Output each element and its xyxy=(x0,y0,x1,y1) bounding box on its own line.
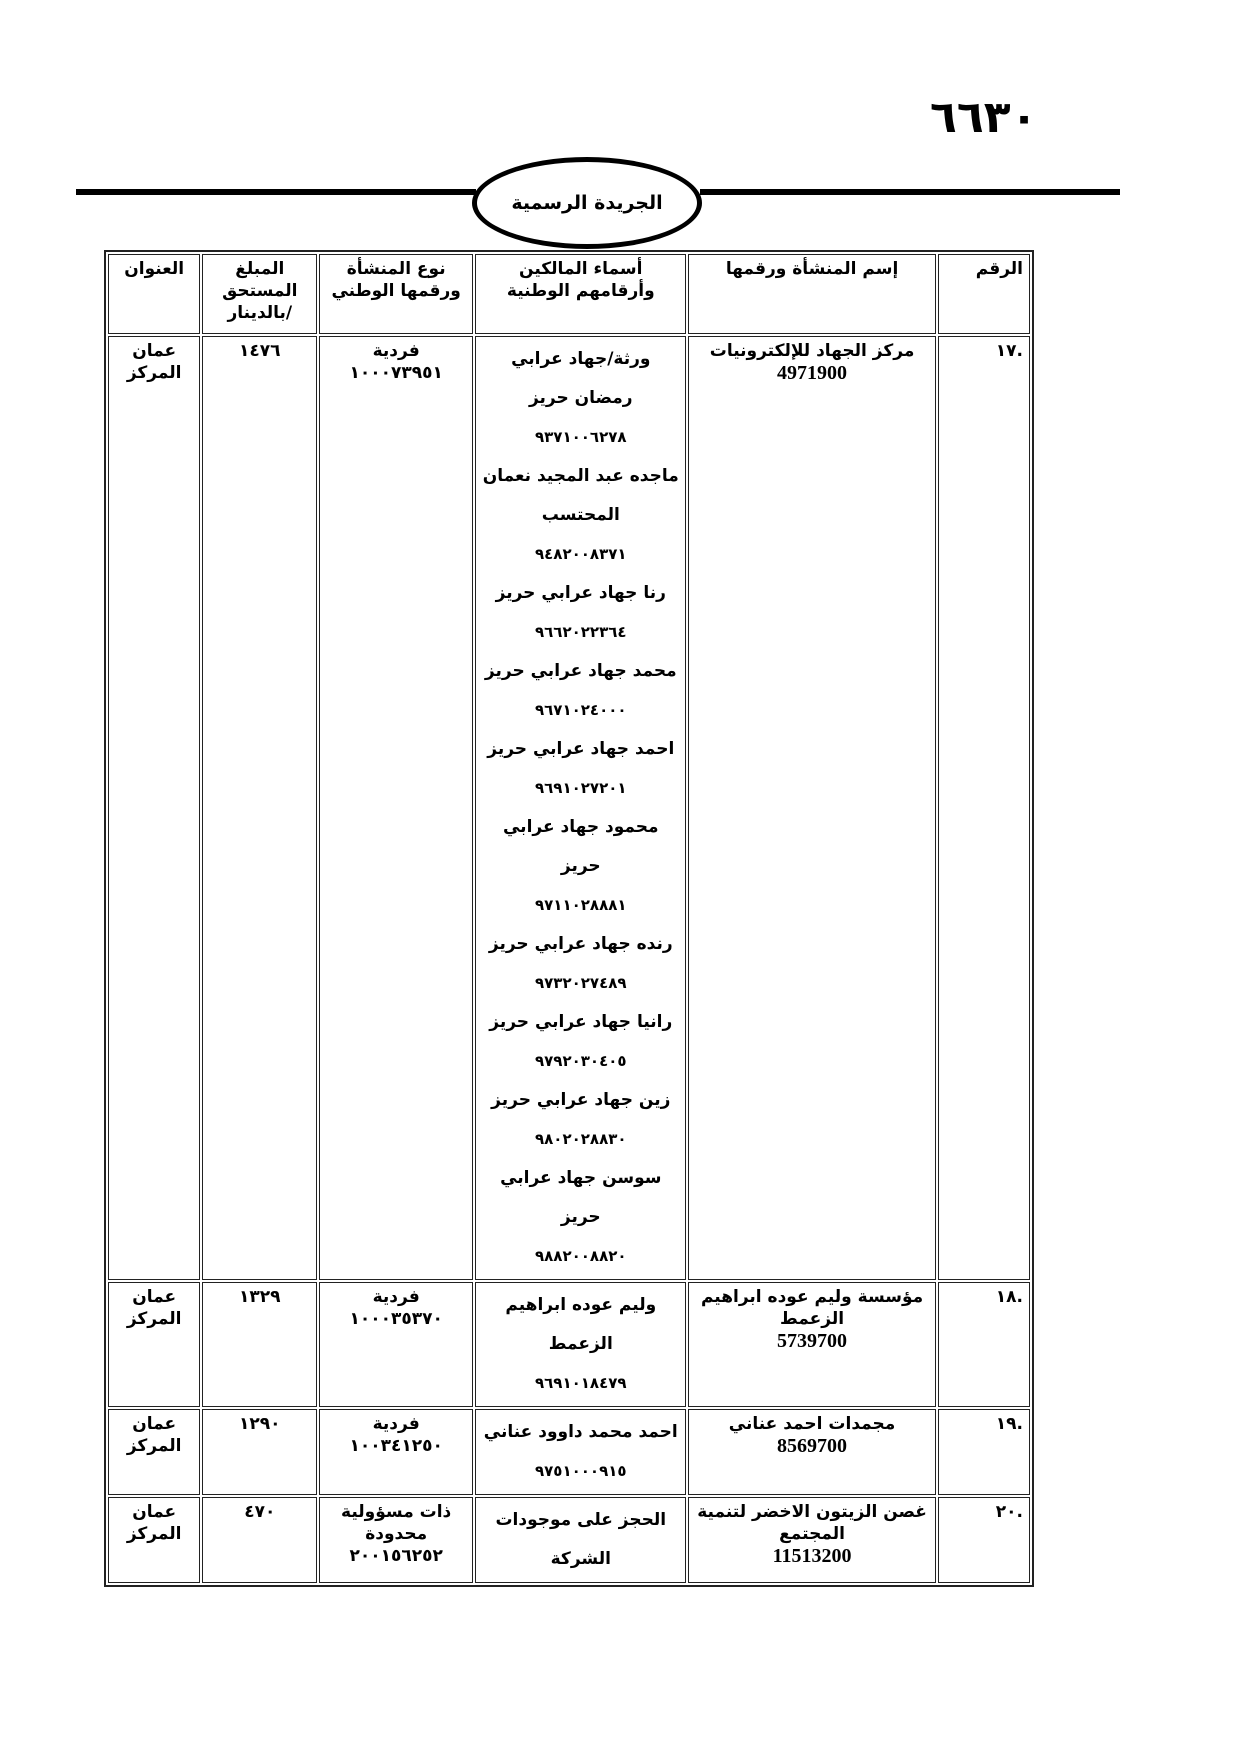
type-national-id: ١٠٠٠٣٥٣٧٠ xyxy=(326,1308,466,1330)
establishment-cell: مؤسسة وليم عوده ابراهيم الزعمط 5739700 xyxy=(688,1282,935,1407)
establishment-name: مجمدات احمد عناني xyxy=(695,1413,928,1435)
owner-name: الحجز على موجودات xyxy=(482,1501,679,1540)
owner-national-id: ٩٦٩١٠١٨٤٧٩ xyxy=(482,1364,679,1403)
owner-name: احمد جهاد عرابي حريز xyxy=(482,730,679,769)
establishment-type: فردية xyxy=(326,1286,466,1308)
address-cell: عمان المركز xyxy=(108,336,200,1280)
row-number: .١٧ xyxy=(938,336,1030,1280)
owner-national-id: ٩٦٦٢٠٢٢٣٦٤ xyxy=(482,613,679,652)
amount-cell: ١٢٩٠ xyxy=(202,1409,317,1495)
owner-national-id: ٩٧٥١٠٠٠٩١٥ xyxy=(482,1452,679,1491)
owner-national-id: ٩٧١١٠٢٨٨٨١ xyxy=(482,886,679,925)
establishment-name: الزعمط xyxy=(695,1308,928,1330)
establishment-name: مؤسسة وليم عوده ابراهيم xyxy=(695,1286,928,1308)
owner-name: زين جهاد عرابي حريز xyxy=(482,1081,679,1120)
establishment-type: ذات مسؤولية xyxy=(326,1501,466,1523)
table-row: .١٩ مجمدات احمد عناني 8569700 احمد محمد … xyxy=(108,1409,1030,1495)
masthead-title: الجريدة الرسمية xyxy=(511,192,662,214)
owners-cell: الحجز على موجودات الشركة xyxy=(475,1497,686,1583)
type-cell: فردية ١٠٠٠٧٣٩٥١ xyxy=(319,336,473,1280)
owner-name: رانيا جهاد عرابي حريز xyxy=(482,1003,679,1042)
owner-name: رنده جهاد عرابي حريز xyxy=(482,925,679,964)
header-amount: المبلغ المستحق /بالدينار xyxy=(202,254,317,334)
owner-name: ورثة/جهاد عرابي xyxy=(482,340,679,379)
owner-name: الزعمط xyxy=(482,1325,679,1364)
type-national-id: ٢٠٠١٥٦٢٥٢ xyxy=(326,1545,466,1567)
owner-name: محمد جهاد عرابي حريز xyxy=(482,652,679,691)
address-cell: عمان المركز xyxy=(108,1497,200,1583)
address-cell: عمان المركز xyxy=(108,1409,200,1495)
owner-name: المحتسب xyxy=(482,496,679,535)
establishment-cell: مجمدات احمد عناني 8569700 xyxy=(688,1409,935,1495)
establishment-id: 5739700 xyxy=(695,1330,928,1352)
amount-cell: ١٣٢٩ xyxy=(202,1282,317,1407)
establishment-type: فردية xyxy=(326,1413,466,1435)
establishment-id: 8569700 xyxy=(695,1435,928,1457)
owner-name: وليم عوده ابراهيم xyxy=(482,1286,679,1325)
type-national-id: ١٠٠٠٧٣٩٥١ xyxy=(326,362,466,384)
table-row: .١٧ مركز الجهاد للإلكترونيات 4971900 ورث… xyxy=(108,336,1030,1280)
owner-national-id: ٩٣٧١٠٠٦٢٧٨ xyxy=(482,418,679,457)
owner-name: ماجده عبد المجيد نعمان xyxy=(482,457,679,496)
owner-national-id: ٩٤٨٢٠٠٨٣٧١ xyxy=(482,535,679,574)
owner-national-id: ٩٧٣٢٠٢٧٤٨٩ xyxy=(482,964,679,1003)
type-cell: ذات مسؤولية محدودة ٢٠٠١٥٦٢٥٢ xyxy=(319,1497,473,1583)
header-address: العنوان xyxy=(108,254,200,334)
owner-name: رنا جهاد عرابي حريز xyxy=(482,574,679,613)
establishment-cell: غصن الزيتون الاخضر لتنمية المجتمع 115132… xyxy=(688,1497,935,1583)
header-rule-right xyxy=(700,189,1120,195)
header-owners: أسماء المالكين وأرقامهم الوطنية xyxy=(475,254,686,334)
row-number: .٢٠ xyxy=(938,1497,1030,1583)
establishment-cell: مركز الجهاد للإلكترونيات 4971900 xyxy=(688,336,935,1280)
header-rule-left xyxy=(76,189,476,195)
establishment-type: محدودة xyxy=(326,1523,466,1545)
establishment-name: مركز الجهاد للإلكترونيات xyxy=(695,340,928,362)
owners-cell: ورثة/جهاد عرابي رمضان حريز ٩٣٧١٠٠٦٢٧٨ ما… xyxy=(475,336,686,1280)
owner-national-id: ٩٨٠٢٠٢٨٨٣٠ xyxy=(482,1120,679,1159)
establishment-id: 4971900 xyxy=(695,362,928,384)
establishment-type: فردية xyxy=(326,340,466,362)
table-row: .١٨ مؤسسة وليم عوده ابراهيم الزعمط 57397… xyxy=(108,1282,1030,1407)
page-number: ٦٦٣٠ xyxy=(930,92,1050,143)
owner-name: سوسن جهاد عرابي حريز xyxy=(482,1159,679,1237)
owner-name: رمضان حريز xyxy=(482,379,679,418)
owner-national-id: ٩٧٩٢٠٣٠٤٠٥ xyxy=(482,1042,679,1081)
owner-name: محمود جهاد عرابي حريز xyxy=(482,808,679,886)
type-cell: فردية ١٠٠٠٣٥٣٧٠ xyxy=(319,1282,473,1407)
table-header-row: الرقم إسم المنشأة ورقمها أسماء المالكين … xyxy=(108,254,1030,334)
header-type: نوع المنشأة ورقمها الوطني xyxy=(319,254,473,334)
row-number: .١٩ xyxy=(938,1409,1030,1495)
owners-cell: احمد محمد داوود عناني ٩٧٥١٠٠٠٩١٥ xyxy=(475,1409,686,1495)
type-national-id: ١٠٠٣٤١٢٥٠ xyxy=(326,1435,466,1457)
establishment-name: المجتمع xyxy=(695,1523,928,1545)
owners-cell: وليم عوده ابراهيم الزعمط ٩٦٩١٠١٨٤٧٩ xyxy=(475,1282,686,1407)
header-number: الرقم xyxy=(938,254,1030,334)
amount-cell: ١٤٧٦ xyxy=(202,336,317,1280)
establishment-id: 11513200 xyxy=(695,1545,928,1567)
amount-cell: ٤٧٠ xyxy=(202,1497,317,1583)
owner-national-id: ٩٦٧١٠٢٤٠٠٠ xyxy=(482,691,679,730)
establishments-table: الرقم إسم المنشأة ورقمها أسماء المالكين … xyxy=(104,250,1034,1587)
owner-name: احمد محمد داوود عناني xyxy=(482,1413,679,1452)
establishment-name: غصن الزيتون الاخضر لتنمية xyxy=(695,1501,928,1523)
owner-national-id: ٩٦٩١٠٢٧٢٠١ xyxy=(482,769,679,808)
row-number: .١٨ xyxy=(938,1282,1030,1407)
masthead-oval: الجريدة الرسمية xyxy=(472,157,702,249)
address-cell: عمان المركز xyxy=(108,1282,200,1407)
type-cell: فردية ١٠٠٣٤١٢٥٠ xyxy=(319,1409,473,1495)
header-establishment: إسم المنشأة ورقمها xyxy=(688,254,935,334)
owner-national-id: ٩٨٨٢٠٠٨٨٢٠ xyxy=(482,1237,679,1276)
owner-name: الشركة xyxy=(482,1540,679,1579)
table-row: .٢٠ غصن الزيتون الاخضر لتنمية المجتمع 11… xyxy=(108,1497,1030,1583)
